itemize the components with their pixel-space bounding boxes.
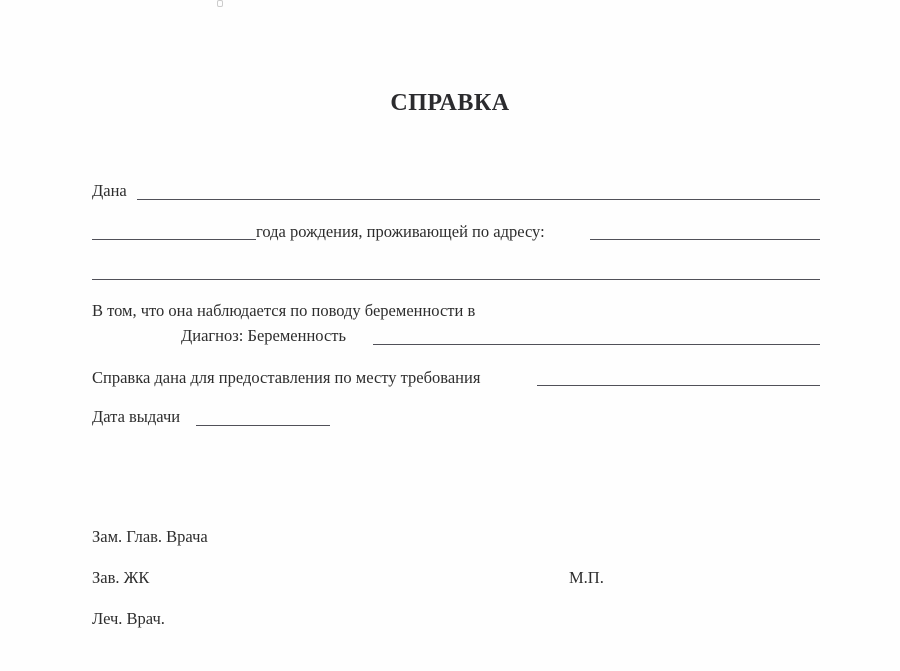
head-of-clinic-signature-label: Зав. ЖК [92,568,149,588]
address-field-2[interactable] [92,279,820,280]
document-title: СПРАВКА [0,90,900,117]
diagnosis-label: Диагноз: Беременность [181,326,346,346]
purpose-label: Справка дана для предоставления по месту… [92,368,480,388]
birth-year-field[interactable] [92,239,256,240]
diagnosis-field[interactable] [373,344,820,345]
scan-speck [217,0,223,7]
issue-date-field[interactable] [196,425,330,426]
issued-to-label: Дана [92,181,127,201]
issued-to-field[interactable] [137,199,820,200]
birth-year-address-label: года рождения, проживающей по адресу: [256,222,545,242]
issue-date-label: Дата выдачи [92,407,180,427]
certificate-page: СПРАВКА Дана года рождения, проживающей … [0,0,900,671]
address-field-1[interactable] [590,239,820,240]
observation-text: В том, что она наблюдается по поводу бер… [92,301,475,321]
deputy-chief-signature-label: Зам. Глав. Врача [92,527,208,547]
stamp-place-label: М.П. [569,568,604,588]
attending-doctor-signature-label: Леч. Врач. [92,609,165,629]
purpose-field[interactable] [537,385,820,386]
